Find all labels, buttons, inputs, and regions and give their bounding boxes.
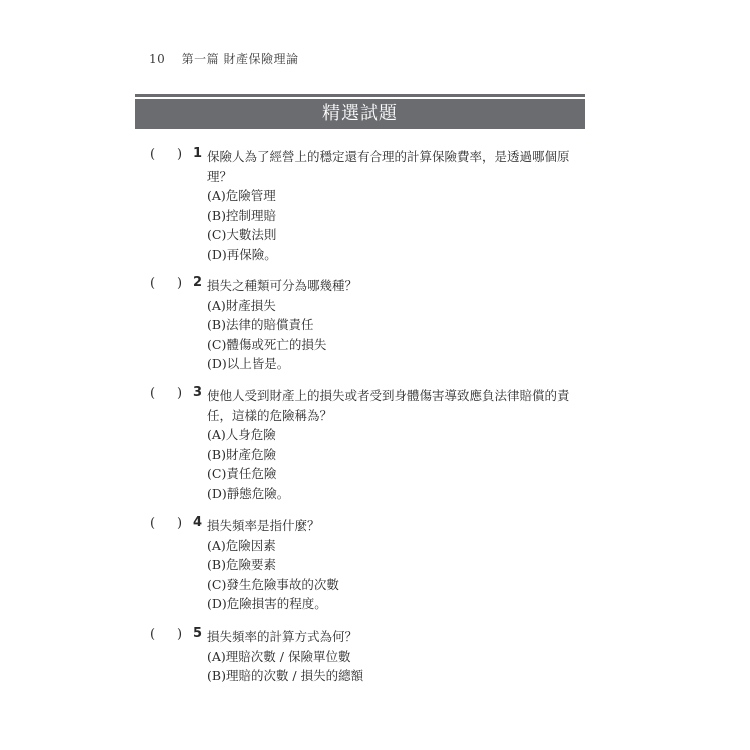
question-text-line: 損失頻率是指什麼？ (207, 516, 582, 536)
answer-paren-open[interactable]: ( (150, 276, 155, 291)
chapter-label: 第一篇 (182, 52, 220, 66)
option-c: (C)大數法則 (207, 225, 582, 245)
answer-paren-open[interactable]: ( (150, 386, 155, 401)
section-banner: 精選試題 (135, 94, 585, 129)
answer-paren-open[interactable]: ( (150, 627, 155, 642)
question-number: 1 (193, 146, 202, 161)
banner-title: 精選試題 (135, 99, 585, 129)
question-text-line: 使他人受到財產上的損失或者受到身體傷害導致應負法律賠償的責 (207, 386, 582, 406)
option-c: (C)體傷或死亡的損失 (207, 335, 582, 355)
answer-paren-close: ) (177, 386, 182, 401)
option-a: (A)財產損失 (207, 296, 582, 316)
question-text-line: 損失頻率的計算方式為何？ (207, 627, 582, 647)
question-text-line: 損失之種類可分為哪幾種？ (207, 276, 582, 296)
question-body: 保險人為了經營上的穩定還有合理的計算保險費率，是透過哪個原 理？ (A)危險管理… (207, 147, 582, 264)
answer-paren-close: ) (177, 276, 182, 291)
answer-paren-close: ) (177, 147, 182, 162)
option-b: (B)危險要素 (207, 555, 582, 575)
page-number: 10 (149, 52, 165, 66)
option-a: (A)理賠次數 / 保險單位數 (207, 647, 582, 667)
question-text-line: 理？ (207, 167, 582, 187)
question-body: 使他人受到財產上的損失或者受到身體傷害導致應負法律賠償的責 任，這樣的危險稱為？… (207, 386, 582, 503)
answer-paren-close: ) (177, 516, 182, 531)
option-d: (D)危險損害的程度。 (207, 594, 582, 614)
question-number: 4 (193, 515, 202, 530)
option-d: (D)再保險。 (207, 245, 582, 265)
question-number: 5 (193, 626, 202, 641)
option-d: (D)靜態危險。 (207, 484, 582, 504)
option-c: (C)發生危險事故的次數 (207, 575, 582, 595)
question-body: 損失頻率是指什麼？ (A)危險因素 (B)危險要素 (C)發生危險事故的次數 (… (207, 516, 582, 614)
question-text-line: 任，這樣的危險稱為？ (207, 406, 582, 426)
answer-paren-open[interactable]: ( (150, 516, 155, 531)
option-b: (B)法律的賠償責任 (207, 315, 582, 335)
running-header: 10 第一篇 財產保險理論 (149, 50, 298, 67)
question-number: 3 (193, 385, 202, 400)
question-body: 損失頻率的計算方式為何？ (A)理賠次數 / 保險單位數 (B)理賠的次數 / … (207, 627, 582, 686)
option-b: (B)財產危險 (207, 445, 582, 465)
question-body: 損失之種類可分為哪幾種？ (A)財產損失 (B)法律的賠償責任 (C)體傷或死亡… (207, 276, 582, 374)
option-a: (A)危險管理 (207, 186, 582, 206)
answer-paren-close: ) (177, 627, 182, 642)
option-b: (B)理賠的次數 / 損失的總額 (207, 666, 582, 686)
option-c: (C)責任危險 (207, 464, 582, 484)
question-text-line: 保險人為了經營上的穩定還有合理的計算保險費率，是透過哪個原 (207, 147, 582, 167)
answer-paren-open[interactable]: ( (150, 147, 155, 162)
option-a: (A)人身危險 (207, 425, 582, 445)
section-title: 財產保險理論 (223, 52, 298, 66)
option-b: (B)控制理賠 (207, 206, 582, 226)
option-a: (A)危險因素 (207, 536, 582, 556)
option-d: (D)以上皆是。 (207, 354, 582, 374)
question-number: 2 (193, 275, 202, 290)
